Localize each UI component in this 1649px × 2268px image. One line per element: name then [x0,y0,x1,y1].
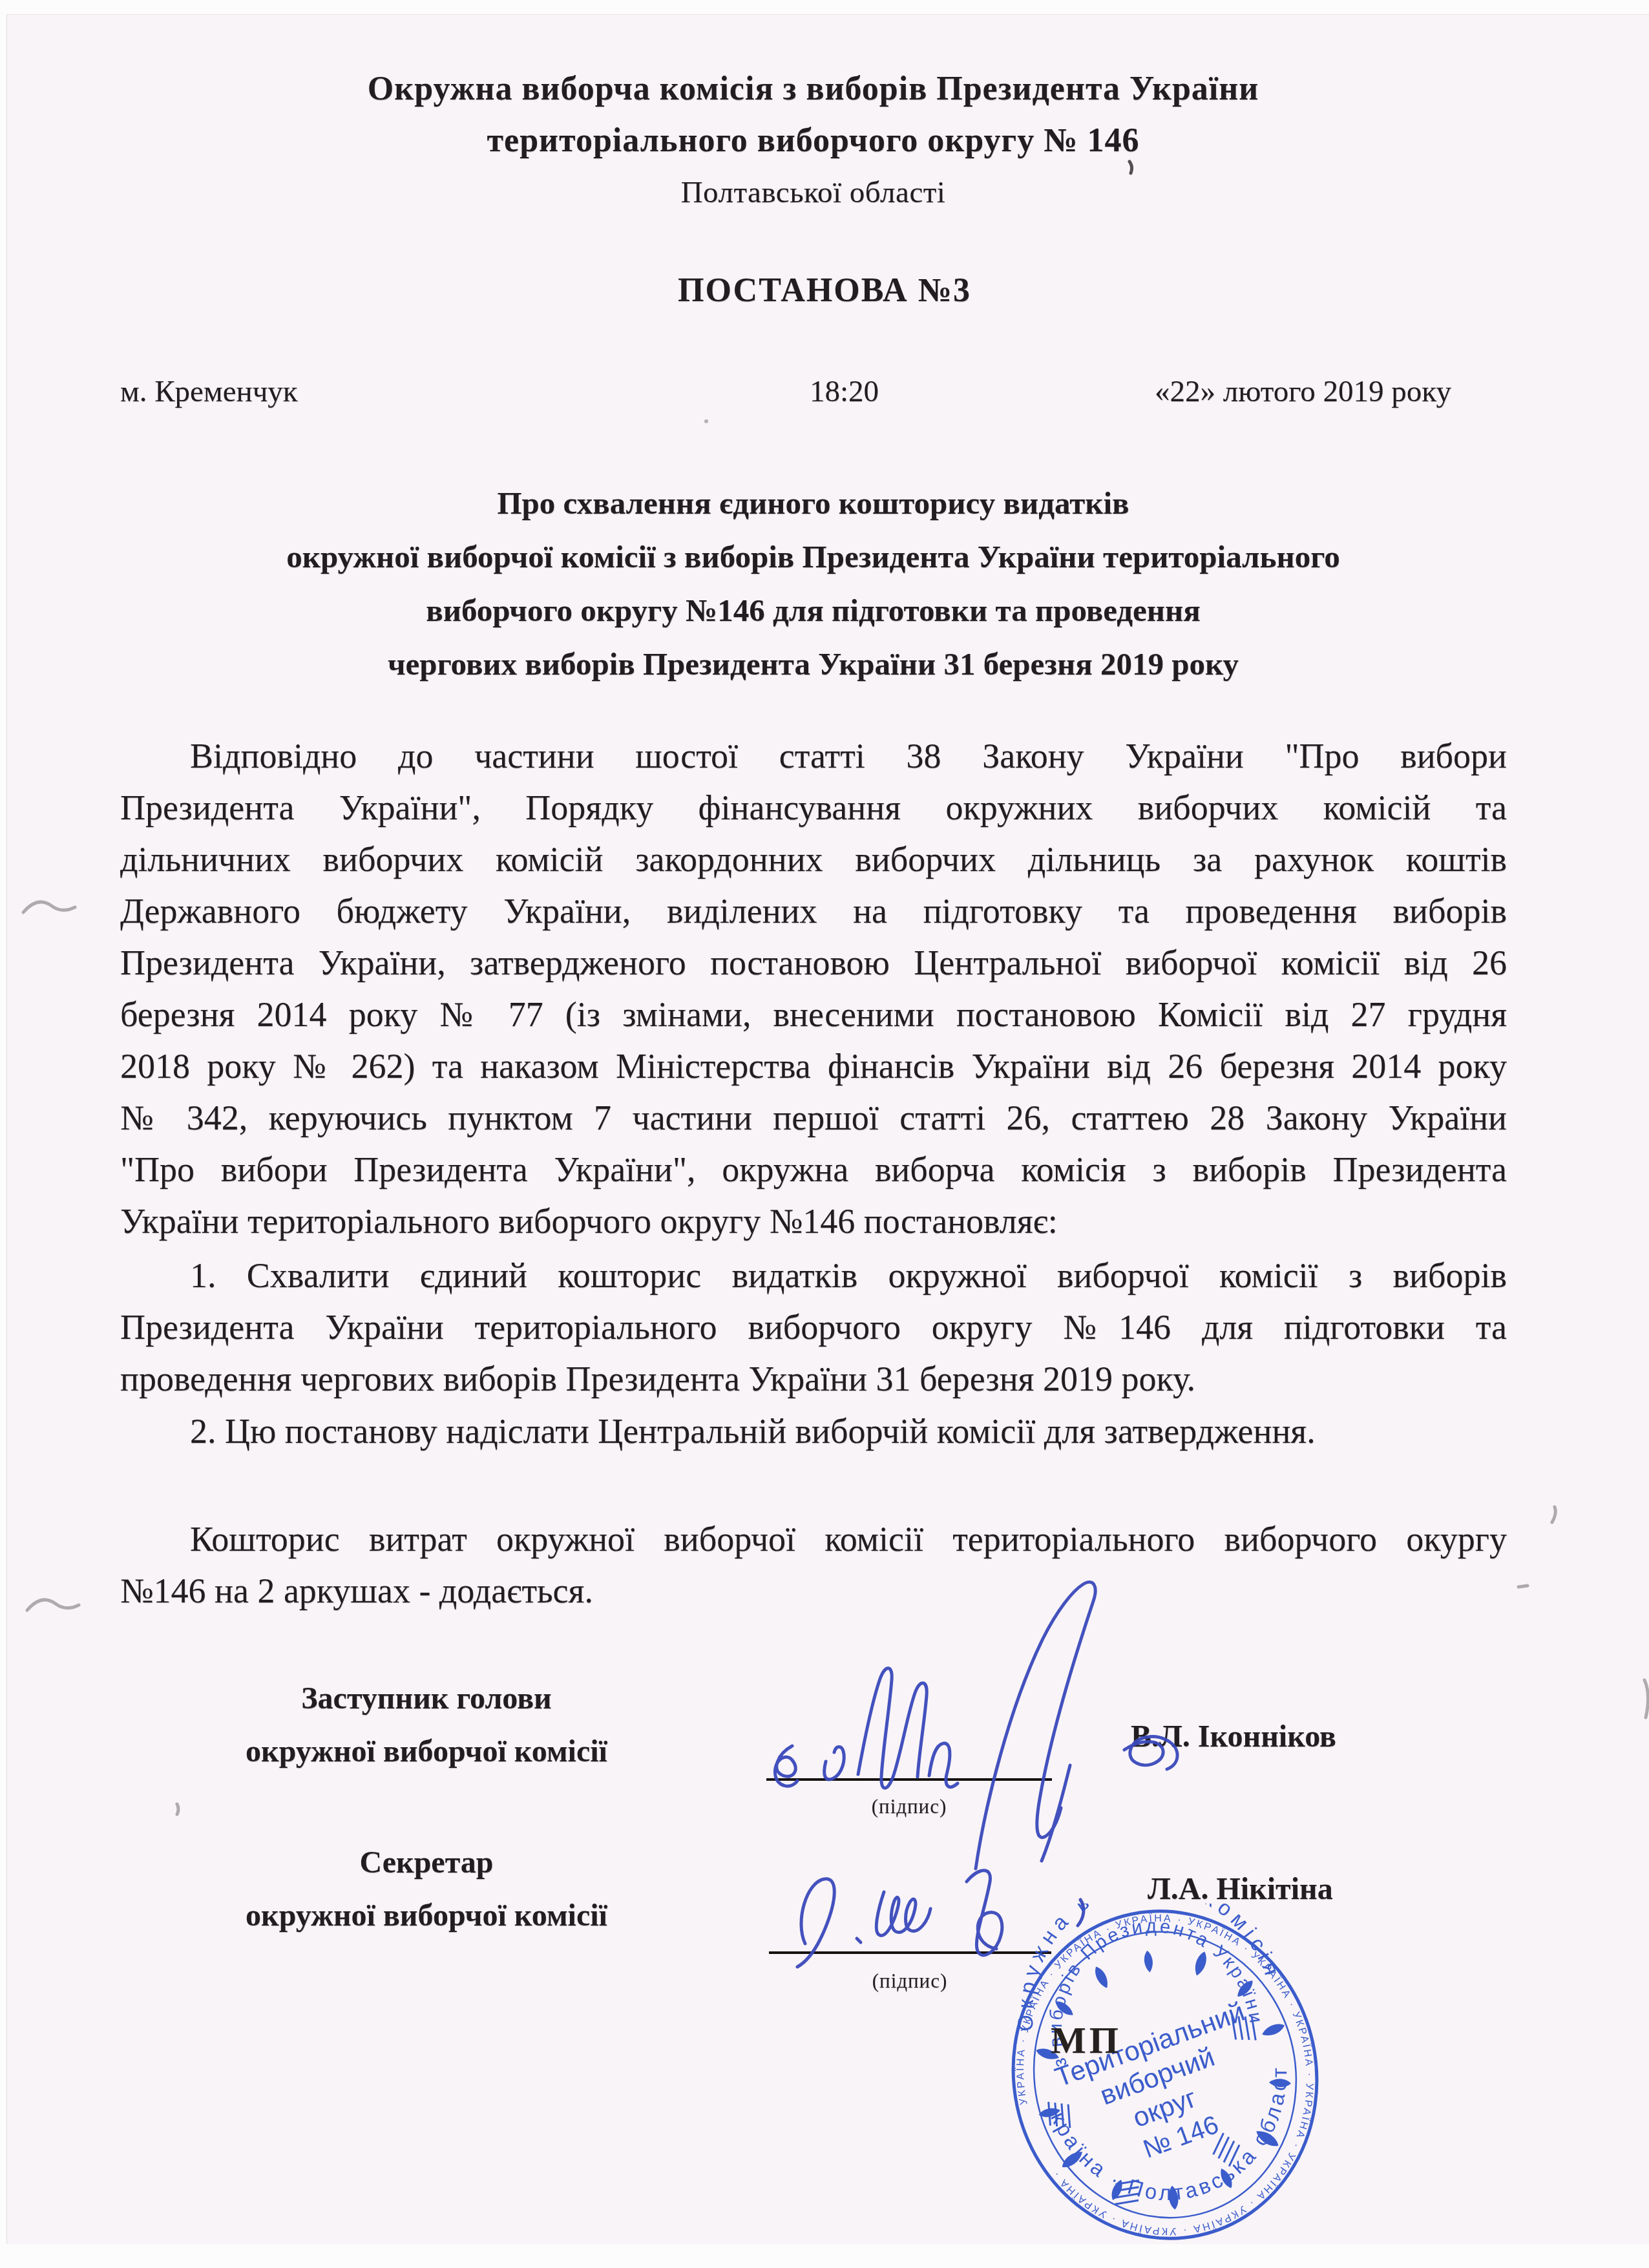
body-line: дільничних виборчих комісій закордонних … [120,834,1507,885]
body-line: 2018 року № 262) та наказом Міністерства… [120,1040,1507,1092]
subject-line: виборчого округу №146 для підготовки та … [120,583,1506,637]
org-name-line2: територіального виборчого округу № 146 [120,115,1506,167]
signatory-role-1: Заступник голови окружної виборчої коміс… [200,1672,653,1778]
body-line: Президента України, затвердженого постан… [120,937,1507,989]
body-line: Президента України територіального вибор… [120,1301,1507,1353]
body-line: "Про вибори Президента України", окружна… [120,1144,1507,1195]
role-line: окружної виборчої комісії [200,1889,653,1942]
place-label: м. Кременчук [120,373,298,410]
date-label: «22» лютого 2019 року [1064,373,1451,410]
decree-title: ПОСТАНОВА №3 [146,271,1503,310]
body-line: Державного бюджету України, виділених на… [120,885,1507,937]
role-line: Заступник голови [200,1672,653,1725]
body-line: України територіального виборчого округу… [120,1195,1507,1247]
subject-line: окружної виборчої комісії з виборів През… [120,530,1506,583]
body-line: Кошторис витрат окружної виборчої комісі… [120,1513,1507,1565]
subject-title: Про схвалення єдиного кошторису видатків… [120,476,1506,691]
signatory-role-2: Секретар окружної виборчої комісії [200,1836,653,1942]
body-line: 2. Цю постанову надіслати Центральній ви… [120,1405,1507,1457]
role-line: окружної виборчої комісії [200,1725,653,1778]
letterhead: Окружна виборча комісія з виборів Презид… [120,63,1506,218]
scanned-document: Окружна виборча комісія з виборів Презид… [0,0,1649,2268]
resolution-item-1: 1. Схвалити єдиний кошторис видатків окр… [120,1250,1507,1405]
seal-place-mark: МП [1051,2019,1122,2062]
org-name-line1: Окружна виборча комісія з виборів Презид… [120,63,1506,115]
body-line: 1. Схвалити єдиний кошторис видатків окр… [120,1250,1507,1301]
resolution-item-2: 2. Цю постанову надіслати Центральній ви… [120,1405,1507,1457]
subject-line: Про схвалення єдиного кошторису видатків [120,476,1506,530]
body-line: березня 2014 року № 77 (із змінами, внес… [120,989,1507,1040]
role-line: Секретар [200,1836,653,1889]
body-line: Президента України", Порядку фінансуванн… [120,782,1507,834]
body-line: проведення чергових виборів Президента У… [120,1353,1507,1405]
subject-line: чергових виборів Президента України 31 б… [120,637,1506,691]
handwritten-signature-1 [762,1577,1241,1880]
time-label: 18:20 [810,373,879,410]
main-paragraph: Відповідно до частини шостої статті 38 З… [120,730,1507,1247]
body-line: № 342, керуючись пунктом 7 частини першо… [120,1092,1507,1144]
official-round-stamp: УКРАЇНА · УКРАЇНА · УКРАЇНА · УКРАЇНА · … [1000,1904,1330,2246]
org-region-line: Полтавської області [120,167,1506,218]
body-line: Відповідно до частини шостої статті 38 З… [120,730,1507,782]
